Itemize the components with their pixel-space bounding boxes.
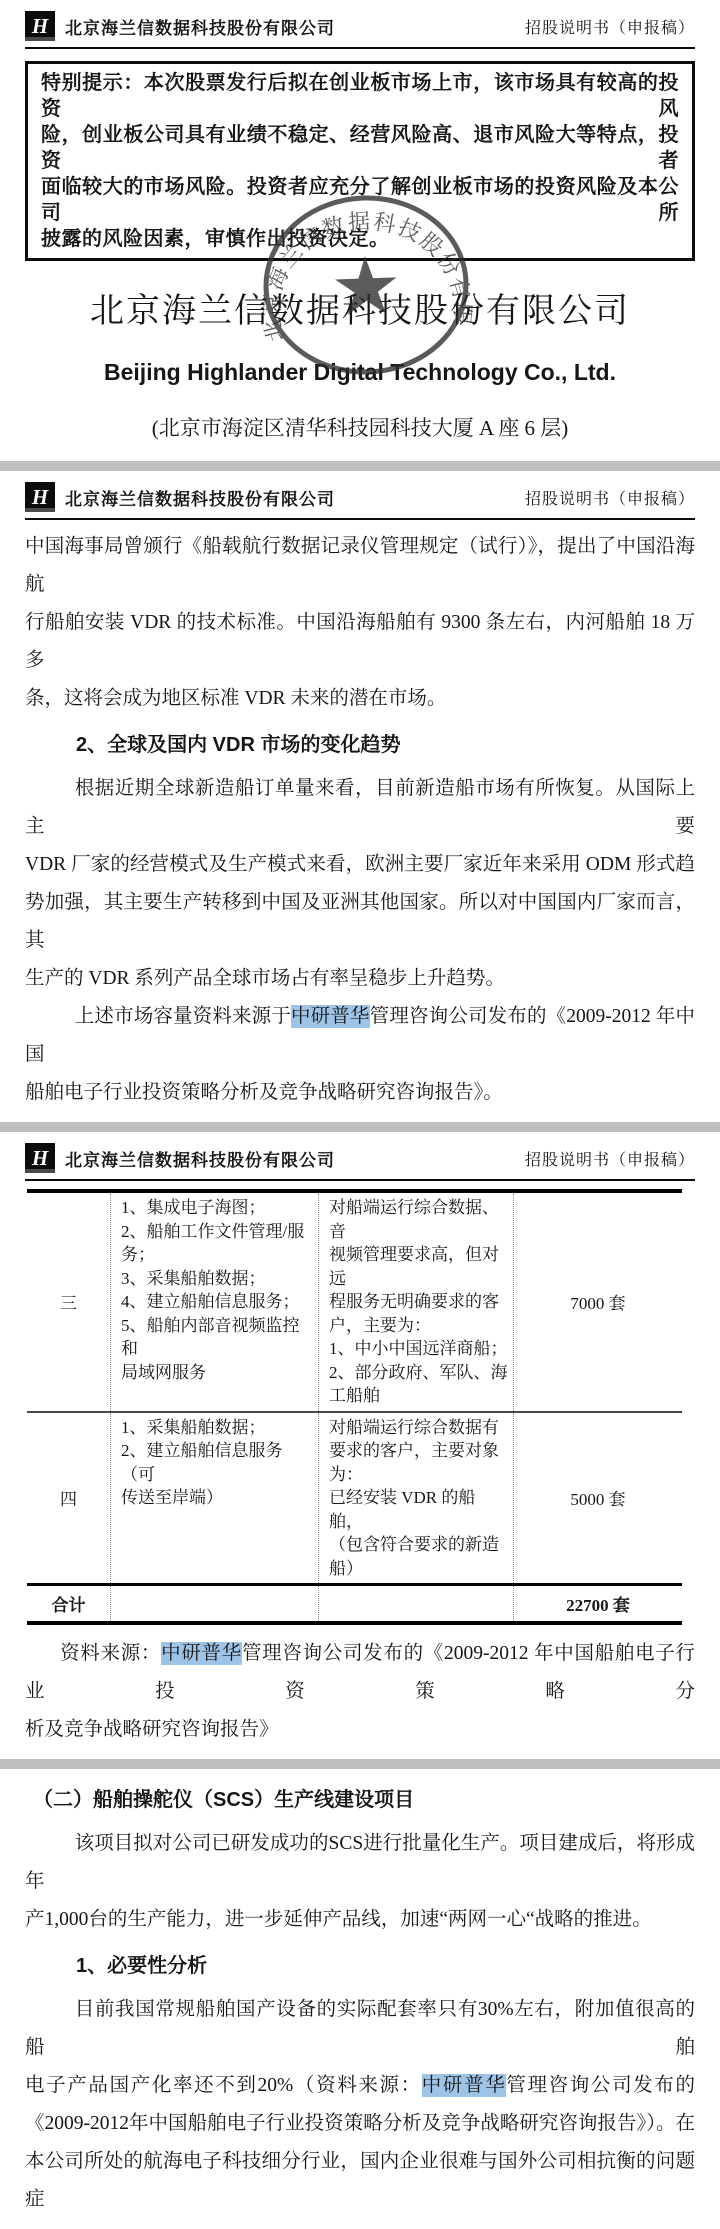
page-header: H 北京海兰信数据科技股份有限公司 招股说明书（申报稿）: [25, 0, 695, 49]
paragraph-line: 根据近期全球新造船订单量来看，目前新造船市场有所恢复。从国际上主要: [25, 770, 695, 846]
company-logo-icon: H: [25, 11, 55, 41]
notice-line: 披露的风险因素，审慎作出投资决定。: [41, 226, 679, 252]
source-note-line: 析及竞争战略研究咨询报告》: [25, 1711, 695, 1749]
scs-project-page: （二）船舶操舵仪（SCS）生产线建设项目 该项目拟对公司已研发成功的SCS进行批…: [0, 1769, 720, 2229]
header-company-name: 北京海兰信数据科技股份有限公司: [65, 1146, 515, 1171]
cell-line: 2、船舶工作文件管理/服务；: [121, 1220, 314, 1267]
total-label-cell: 合计: [27, 1586, 110, 1621]
search-highlight: 中研普华: [161, 1642, 242, 1665]
header-doc-type: 招股说明书（申报稿）: [525, 486, 695, 509]
customers-cell: 对船端运行综合数据、音 视频管理要求高，但对远 程服务无明确要求的客 户，主要为…: [318, 1193, 513, 1411]
cover-page: H 北京海兰信数据科技股份有限公司 招股说明书（申报稿） 特别提示：本次股票发行…: [0, 0, 720, 461]
cover-title-en: Beijing Highlander Digital Technology Co…: [0, 357, 720, 388]
cell-line: 工船舶: [329, 1384, 509, 1408]
paragraph-line: 本公司所处的航海电子科技细分行业，国内企业很难与国外公司相抗衡的问题症: [25, 2143, 695, 2219]
page-header: H 北京海兰信数据科技股份有限公司 招股说明书（申报稿）: [25, 1132, 695, 1181]
notice-line: 特别提示：本次股票发行后拟在创业板市场上市，该市场具有较高的投资风: [41, 70, 679, 122]
page-separator: [0, 461, 720, 471]
section-heading-vdr-trend: 2、全球及国内 VDR 市场的变化趋势: [25, 726, 695, 764]
cell-line: 1、采集船舶数据；: [121, 1416, 314, 1440]
section-heading-necessity: 1、必要性分析: [25, 1947, 695, 1985]
paragraph-line: 中国海事局曾颁行《船载航行数据记录仪管理规定（试行）》，提出了中国沿海航: [25, 528, 695, 604]
paragraph-line: VDR 厂家的经营模式及生产模式来看，欧洲主要厂家近年来采用 ODM 形式趋: [25, 846, 695, 884]
text-before-highlight: 资料来源：: [60, 1643, 161, 1664]
cell-line: 对船端运行综合数据有: [329, 1416, 509, 1440]
cell-line: 为：: [329, 1463, 509, 1487]
cell-line: （包含符合要求的新造: [329, 1533, 509, 1557]
cover-address: (北京市海淀区清华科技园科技大厦 A 座 6 层): [0, 414, 720, 461]
text-after-highlight: 管理咨询公司发布的: [506, 2075, 695, 2096]
search-highlight: 中研普华: [422, 2074, 507, 2097]
paragraph-line-with-highlight: 电子产品国产化率还不到20%（资料来源：中研普华管理咨询公司发布的: [25, 2067, 695, 2105]
company-logo-icon: H: [25, 1143, 55, 1173]
text-before-highlight: 上述市场容量资料来源于: [75, 1006, 291, 1027]
cell-line: 传送至岸端）: [121, 1486, 314, 1510]
cell-line: 2、部分政府、军队、海: [329, 1361, 509, 1385]
page-separator: [0, 1759, 720, 1769]
cell-line: 局域网服务: [121, 1361, 314, 1385]
header-company-name: 北京海兰信数据科技股份有限公司: [65, 14, 515, 39]
quantity-cell: 7000 套: [513, 1193, 682, 1411]
paragraph-line: 船舶电子行业投资策略分析及竞争战略研究咨询报告》。: [25, 1074, 695, 1112]
header-company-name: 北京海兰信数据科技股份有限公司: [65, 485, 515, 510]
cell-line: 2、建立船舶信息服务（可: [121, 1439, 314, 1486]
header-doc-type: 招股说明书（申报稿）: [525, 15, 695, 38]
cover-title-cn: 北京海兰信数据科技股份有限公司: [0, 289, 720, 335]
cell-line: 对船端运行综合数据、音: [329, 1196, 509, 1243]
page-header: H 北京海兰信数据科技股份有限公司 招股说明书（申报稿）: [25, 471, 695, 520]
special-notice-box: 特别提示：本次股票发行后拟在创业板市场上市，该市场具有较高的投资风 险，创业板公…: [25, 61, 695, 261]
paragraph-line: 《2009-2012年中国船舶电子行业投资策略分析及竞争战略研究咨询报告》）。在: [25, 2105, 695, 2143]
empty-cell: [110, 1586, 318, 1621]
market-table-page: H 北京海兰信数据科技股份有限公司 招股说明书（申报稿） 三 1、集成电子海图；…: [0, 1132, 720, 1759]
header-doc-type: 招股说明书（申报稿）: [525, 1147, 695, 1170]
row-label-cell: 四: [27, 1413, 110, 1584]
paragraph-line: 生产的 VDR 系列产品全球市场占有率呈稳步上升趋势。: [25, 960, 695, 998]
search-highlight: 中研普华: [291, 1005, 370, 1028]
table-row: 四 1、采集船舶数据； 2、建立船舶信息服务（可 传送至岸端） 对船端运行综合数…: [27, 1411, 682, 1584]
paragraph-line: 条，这将会成为地区标准 VDR 未来的潜在市场。: [25, 680, 695, 718]
features-cell: 1、采集船舶数据； 2、建立船舶信息服务（可 传送至岸端）: [110, 1413, 318, 1584]
notice-line: 面临较大的市场风险。投资者应充分了解创业板市场的投资风险及本公司所: [41, 174, 679, 226]
cell-line: 船）: [329, 1557, 509, 1581]
source-note-line: 资料来源：中研普华管理咨询公司发布的《2009-2012 年中国船舶电子行业投资…: [25, 1635, 695, 1711]
cell-line: 1、中小中国远洋商船；: [329, 1337, 509, 1361]
empty-cell: [318, 1586, 513, 1621]
market-segment-table: 三 1、集成电子海图； 2、船舶工作文件管理/服务； 3、采集船舶数据； 4、建…: [27, 1189, 682, 1625]
section-heading-scs-project: （二）船舶操舵仪（SCS）生产线建设项目: [25, 1781, 695, 1819]
table-total-row: 合计 22700 套: [27, 1583, 682, 1621]
cell-line: 已经安装 VDR 的船舶，: [329, 1486, 509, 1533]
cell-line: 要求的客户，主要对象: [329, 1439, 509, 1463]
paragraph-line: 目前我国常规船舶国产设备的实际配套率只有30%左右，附加值很高的船舶: [25, 1991, 695, 2067]
cell-line: 4、建立船舶信息服务；: [121, 1290, 314, 1314]
paragraph-line-with-highlight: 上述市场容量资料来源于中研普华管理咨询公司发布的《2009-2012 年中国: [25, 998, 695, 1074]
cell-line: 程服务无明确要求的客: [329, 1290, 509, 1314]
customers-cell: 对船端运行综合数据有 要求的客户，主要对象 为： 已经安装 VDR 的船舶， （…: [318, 1413, 513, 1584]
notice-line: 险，创业板公司具有业绩不稳定、经营风险高、退市风险大等特点，投资者: [41, 122, 679, 174]
cell-line: 户，主要为：: [329, 1314, 509, 1338]
total-quantity-cell: 22700 套: [513, 1586, 682, 1621]
row-label-cell: 三: [27, 1193, 110, 1411]
page-separator: [0, 1122, 720, 1132]
text-before-highlight: 电子产品国产化率还不到20%（资料来源：: [25, 2075, 422, 2096]
vdr-market-page: H 北京海兰信数据科技股份有限公司 招股说明书（申报稿） 中国海事局曾颁行《船载…: [0, 471, 720, 1122]
cell-line: 5、船舶内部音视频监控和: [121, 1314, 314, 1361]
paragraph-line: 产1,000台的生产能力，进一步延伸产品线，加速“两网一心“战略的推进。: [25, 1901, 695, 1939]
cell-line: 3、采集船舶数据；: [121, 1267, 314, 1291]
cell-line: 1、集成电子海图；: [121, 1196, 314, 1220]
cell-line: 视频管理要求高，但对远: [329, 1243, 509, 1290]
features-cell: 1、集成电子海图； 2、船舶工作文件管理/服务； 3、采集船舶数据； 4、建立船…: [110, 1193, 318, 1411]
table-row: 三 1、集成电子海图； 2、船舶工作文件管理/服务； 3、采集船舶数据； 4、建…: [27, 1193, 682, 1411]
quantity-cell: 5000 套: [513, 1413, 682, 1584]
paragraph-line: 该项目拟对公司已研发成功的SCS进行批量化生产。项目建成后，将形成年: [25, 1825, 695, 1901]
paragraph-line: 势加强，其主要生产转移到中国及亚洲其他国家。所以对中国国内厂家而言，其: [25, 884, 695, 960]
company-logo-icon: H: [25, 482, 55, 512]
paragraph-line: 行船舶安装 VDR 的技术标准。中国沿海船舶有 9300 条左右，内河船舶 18…: [25, 604, 695, 680]
